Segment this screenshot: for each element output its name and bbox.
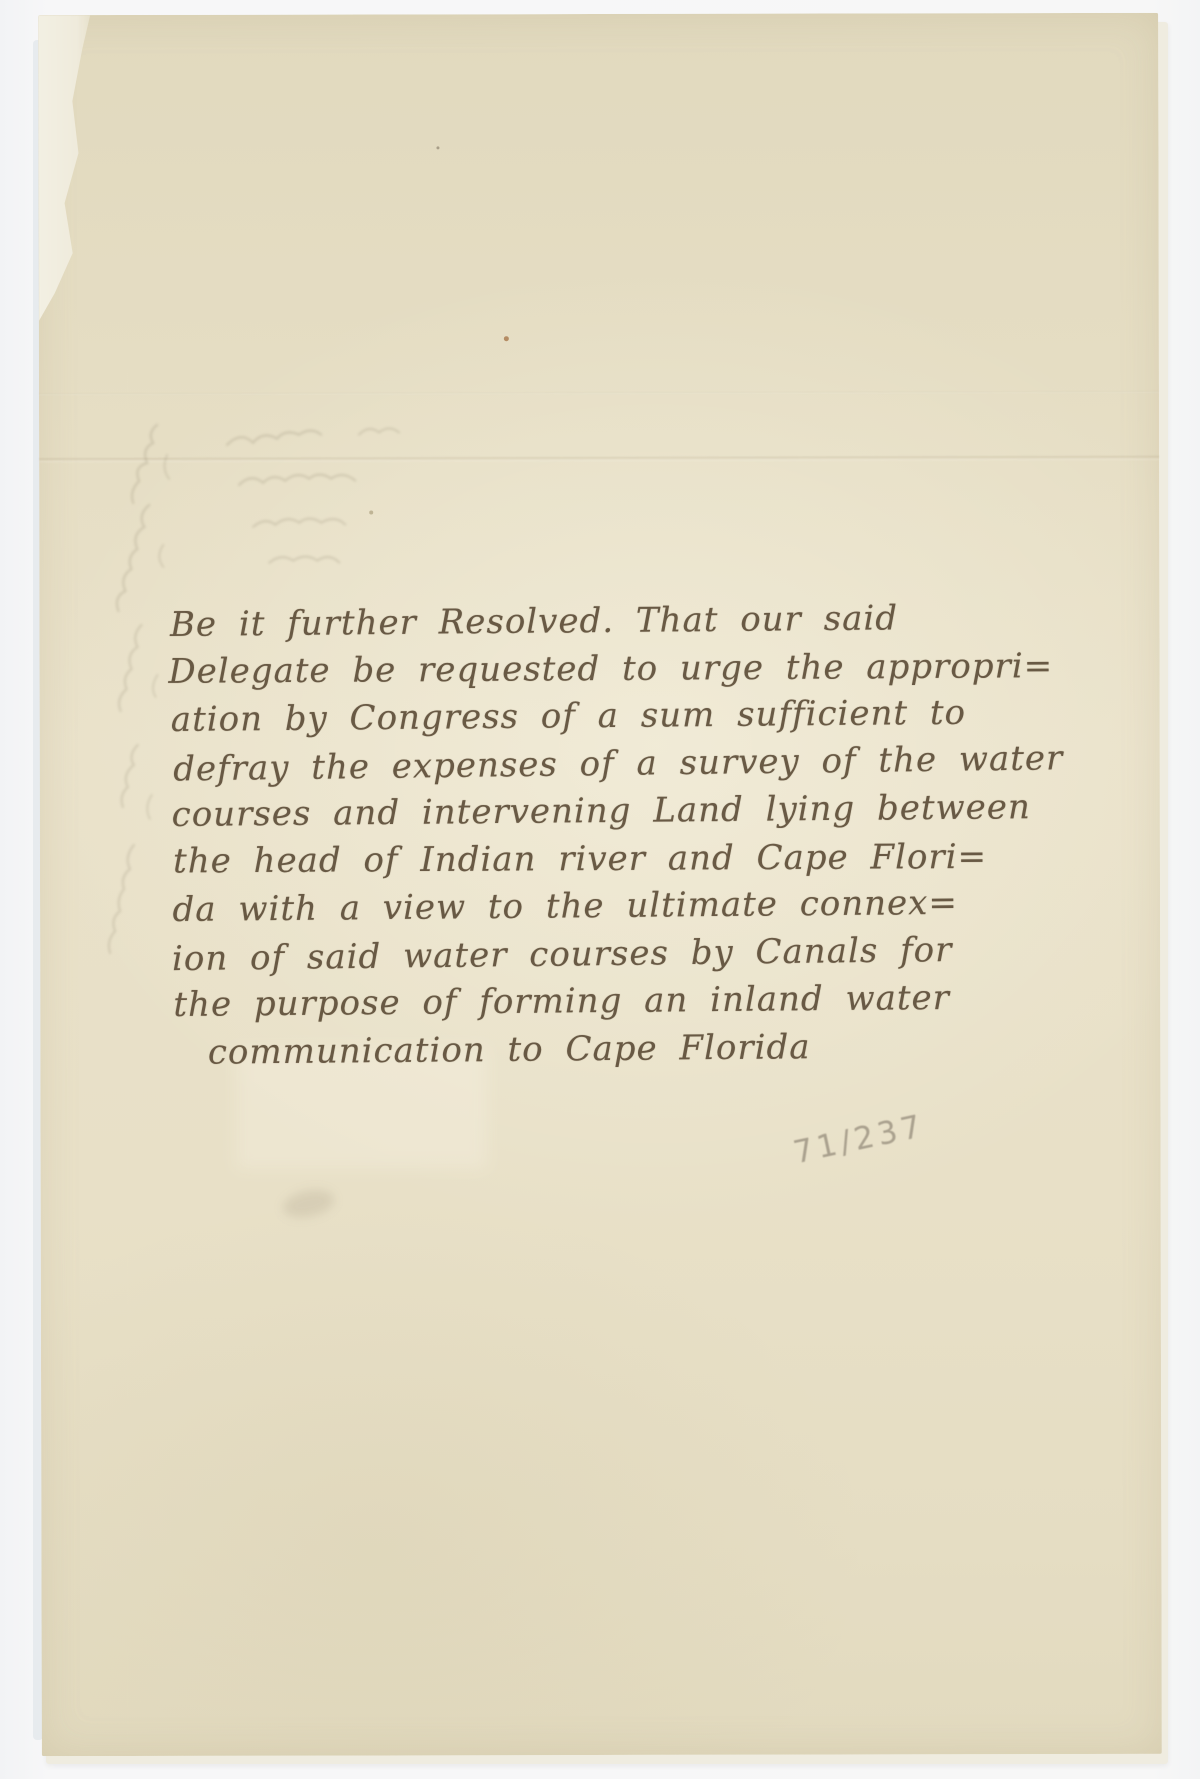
handwriting-line: the head of Indian river and Cape Flori= (173, 833, 1053, 885)
handwriting-line: communication to Cape Florida (208, 1021, 1088, 1076)
paper-speck (369, 510, 373, 514)
handwritten-text-block: Be it further Resolved. That our said De… (170, 594, 1054, 1077)
manuscript-page: Be it further Resolved. That our said De… (38, 13, 1162, 1756)
pencil-annotation: 71/237 (790, 1108, 928, 1171)
handwriting-line: the purpose of forming an inland water (173, 974, 1053, 1029)
handwriting-line: Delegate be requested to urge the approp… (168, 643, 1048, 696)
bleedthrough-marks-upper-cluster (209, 414, 469, 585)
paper-speck (436, 146, 439, 149)
handwriting-line: da with a view to the ultimate connex= (172, 879, 1052, 934)
fold-crease-main (39, 456, 1159, 462)
paper-speck (504, 336, 509, 341)
torn-edge-patch (38, 15, 109, 325)
handwriting-line: Be it further Resolved. That our said (170, 594, 1050, 649)
handwriting-line: courses and intervening Land lying betwe… (171, 784, 1051, 839)
fold-crease-upper (39, 391, 1159, 395)
scan-background: Be it further Resolved. That our said De… (0, 0, 1200, 1779)
paper-smudge (281, 1185, 337, 1221)
